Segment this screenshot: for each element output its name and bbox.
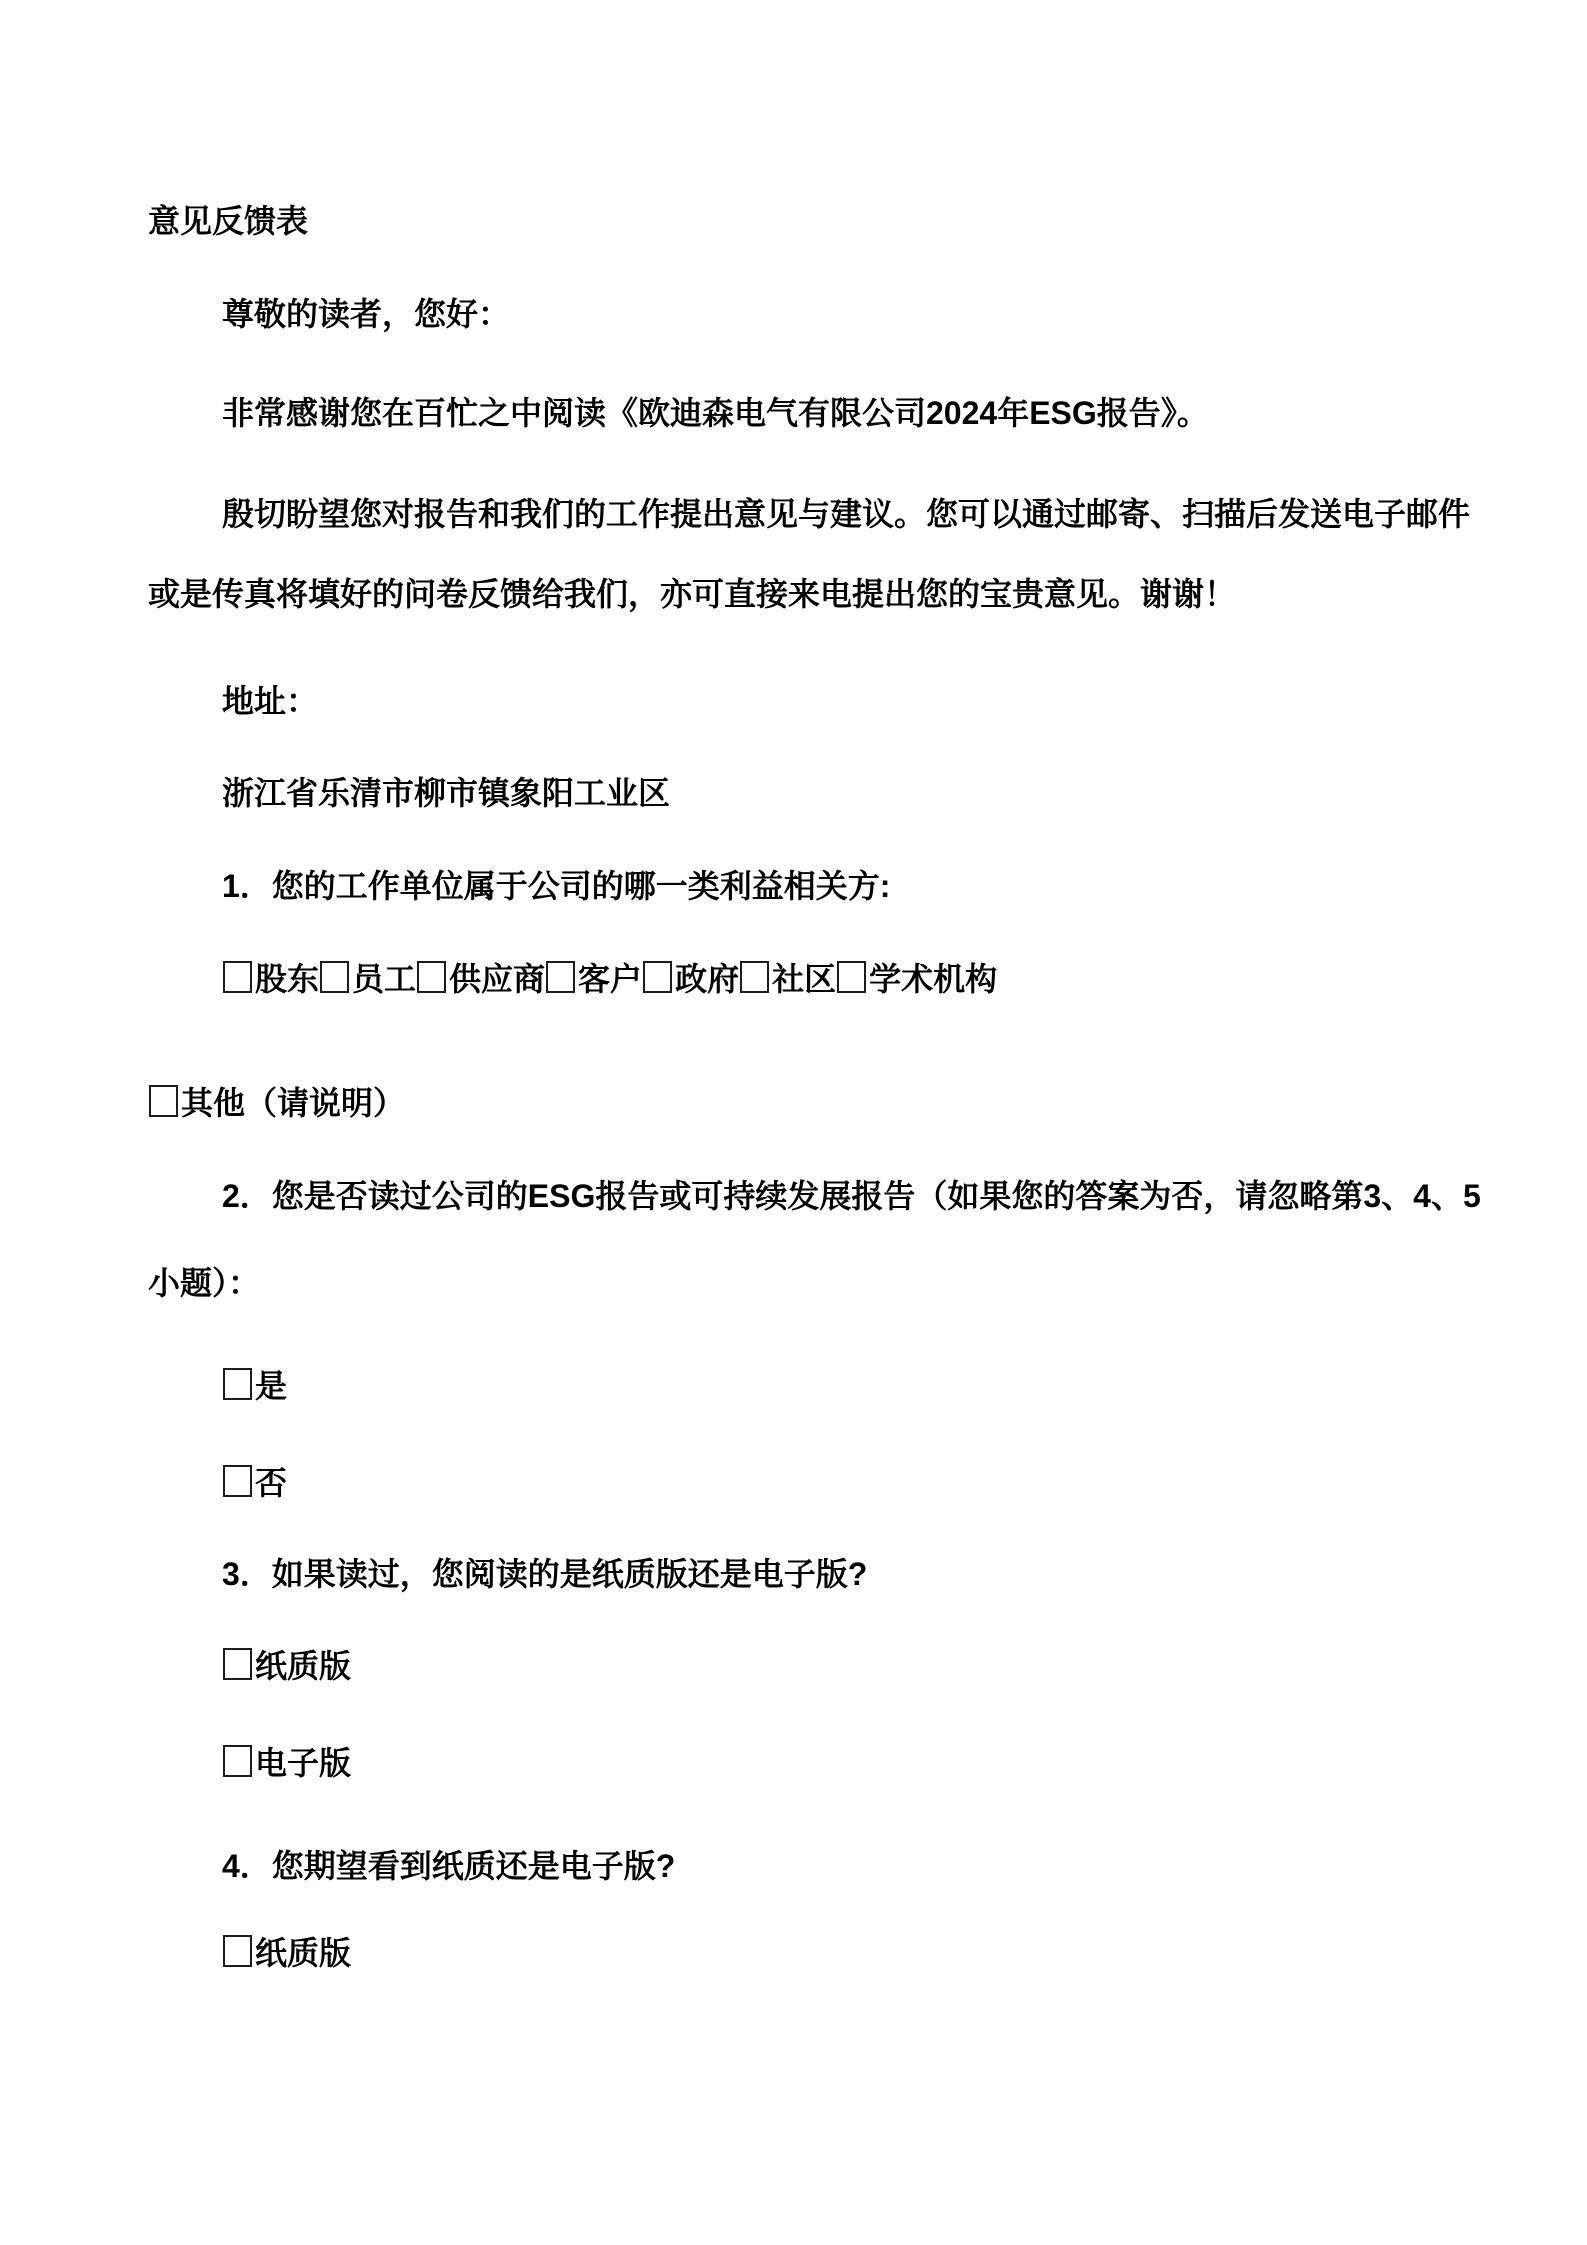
checkbox-icon[interactable] [837,961,866,993]
option-label: 纸质版 [255,1648,351,1684]
checkbox-icon[interactable] [417,961,446,993]
question-1-options-row: 股东员工供应商客户政府社区学术机构 [222,937,1440,1021]
q1-option-employee: 员工 [319,961,416,997]
option-label: 是 [255,1368,287,1404]
q1-option-government: 政府 [642,961,739,997]
checkbox-icon[interactable] [740,961,769,993]
option-label: 电子版 [255,1745,351,1781]
q1-option-supplier: 供应商 [416,961,545,997]
page-title: 意见反馈表 [148,179,1440,263]
q3-option-electronic: 电子版 [222,1721,1440,1805]
thanks-line: 非常感谢您在百忙之中阅读《欧迪森电气有限公司2024年ESG报告》。 [222,371,1440,455]
q1-option-customer: 客户 [545,961,642,997]
q2-option-no: 否 [222,1441,1440,1525]
option-label: 供应商 [449,961,545,997]
q3-option-paper: 纸质版 [222,1624,1440,1708]
checkbox-icon[interactable] [223,961,252,993]
question-4-text: 4．您期望看到纸质还是电子版? [222,1824,1440,1908]
address-value: 浙江省乐清市柳市镇象阳工业区 [222,751,1440,835]
checkbox-icon[interactable] [223,1368,252,1400]
greeting-line: 尊敬的读者，您好： [222,272,1440,356]
option-label: 政府 [675,961,739,997]
option-label: 否 [255,1465,287,1501]
checkbox-icon[interactable] [223,1648,252,1680]
q1-option-academic: 学术机构 [836,961,997,997]
option-label: 股东 [255,961,319,997]
checkbox-icon[interactable] [149,1085,178,1117]
checkbox-icon[interactable] [643,961,672,993]
question-2-text-line-2: 小题）： [148,1241,1440,1325]
q4-option-paper: 纸质版 [222,1911,1440,1995]
q1-option-other: 其他（请说明） [148,1061,1440,1145]
checkbox-icon[interactable] [223,1465,252,1497]
option-label: 其他（请说明） [181,1085,405,1121]
checkbox-icon[interactable] [223,1935,252,1967]
question-1-text: 1．您的工作单位属于公司的哪一类利益相关方: [222,844,1440,928]
checkbox-icon[interactable] [546,961,575,993]
q1-option-community: 社区 [739,961,836,997]
checkbox-icon[interactable] [320,961,349,993]
checkbox-icon[interactable] [223,1745,252,1777]
q1-option-shareholder: 股东 [222,961,319,997]
request-line-2: 或是传真将填好的问卷反馈给我们，亦可直接来电提出您的宝贵意见。谢谢！ [148,554,1440,634]
document-page: 意见反馈表 尊敬的读者，您好： 非常感谢您在百忙之中阅读《欧迪森电气有限公司20… [0,0,1587,2245]
option-label: 社区 [772,961,836,997]
request-line-1: 殷切盼望您对报告和我们的工作提出意见与建议。您可以通过邮寄、扫描后发送电子邮件 [222,474,1440,554]
question-3-text: 3．如果读过，您阅读的是纸质版还是电子版? [222,1532,1440,1616]
option-label: 员工 [352,961,416,997]
option-label: 纸质版 [255,1935,351,1971]
q2-option-yes: 是 [222,1344,1440,1428]
address-label: 地址： [222,659,1440,743]
option-label: 客户 [578,961,642,997]
question-2-text-line-1: 2．您是否读过公司的ESG报告或可持续发展报告（如果您的答案为否，请忽略第3、4… [222,1154,1440,1238]
option-label: 学术机构 [869,961,997,997]
